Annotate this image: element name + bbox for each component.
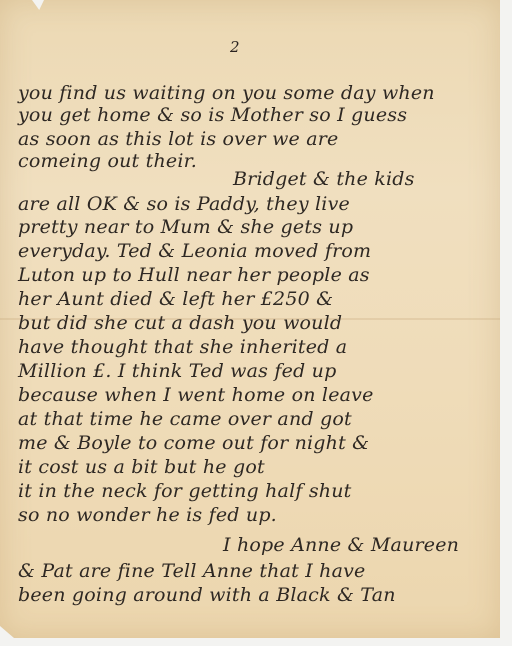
letter-line: pretty near to Mum & she gets up (18, 216, 353, 238)
paper-page: 2 you find us waiting on you some day wh… (0, 0, 500, 638)
letter-line: it in the neck for getting half shut (18, 480, 352, 502)
letter-line: but did she cut a dash you would (18, 312, 342, 334)
letter-line: me & Boyle to come out for night & (18, 432, 369, 454)
letter-line: you find us waiting on you some day when (18, 82, 435, 104)
letter-line: Million £. I think Ted was fed up (18, 360, 336, 382)
letter-line: comeing out their. (18, 150, 197, 172)
letter-line: been going around with a Black & Tan (18, 584, 396, 606)
letter-line: because when I went home on leave (18, 384, 374, 406)
paper-tear (32, 0, 44, 10)
letter-line: at that time he came over and got (18, 408, 352, 430)
page-number: 2 (230, 38, 240, 56)
letter-line: are all OK & so is Paddy, they live (18, 193, 350, 215)
letter-line: & Pat are fine Tell Anne that I have (18, 560, 365, 582)
letter-line: Luton up to Hull near her people as (18, 264, 370, 286)
letter-line: as soon as this lot is over we are (18, 128, 338, 150)
folded-corner (0, 626, 14, 638)
letter-line: Bridget & the kids (233, 168, 415, 190)
letter-line: I hope Anne & Maureen (223, 534, 459, 556)
letter-line: you get home & so is Mother so I guess (18, 104, 407, 126)
letter-line: have thought that she inherited a (18, 336, 347, 358)
letter-line: her Aunt died & left her £250 & (18, 288, 333, 310)
letter-line: it cost us a bit but he got (18, 456, 265, 478)
scanned-letter: 2 you find us waiting on you some day wh… (0, 0, 512, 646)
letter-line: so no wonder he is fed up. (18, 504, 277, 526)
letter-line: everyday. Ted & Leonia moved from (18, 240, 371, 262)
